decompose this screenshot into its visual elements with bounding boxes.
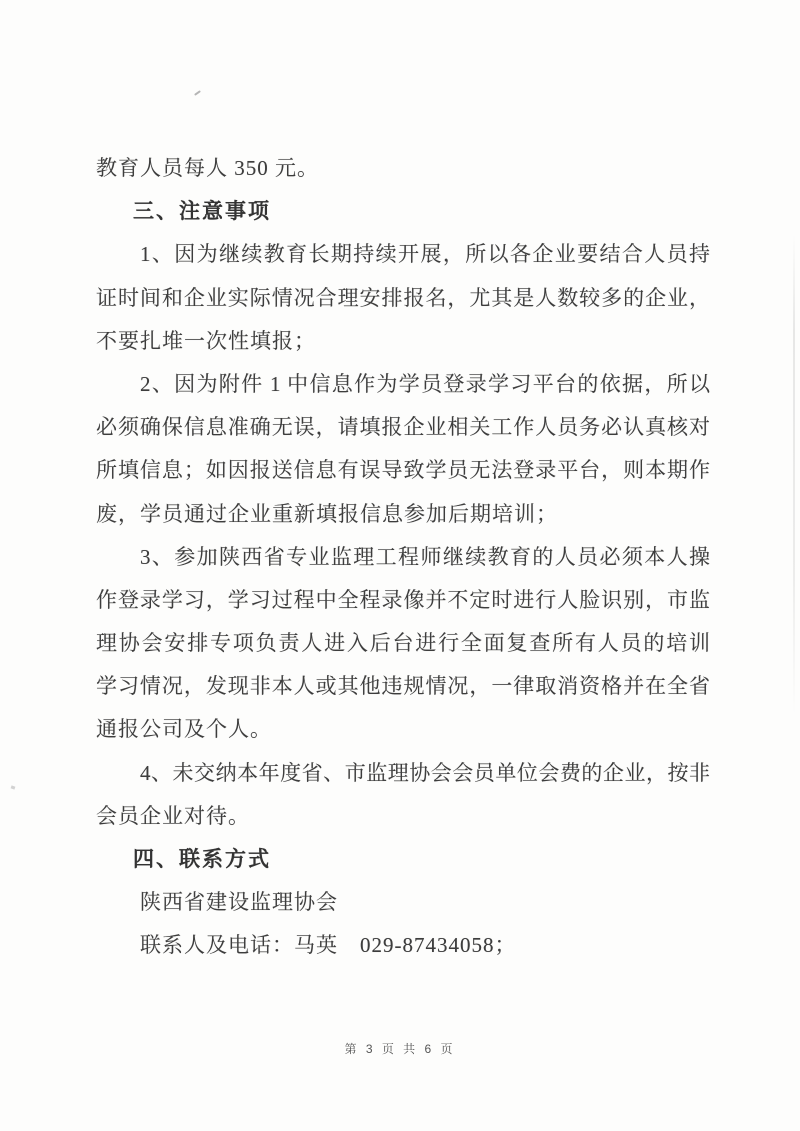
text-line: 所填信息；如因报送信息有误导致学员无法登录平台，则本期作 [96, 449, 710, 492]
text-line: 1、因为继续教育长期持续开展，所以各企业要结合人员持 [96, 233, 710, 276]
section-heading: 三、注意事项 [96, 190, 710, 233]
text-line: 证时间和企业实际情况合理安排报名，尤其是人数较多的企业， [96, 277, 710, 320]
text-line: 学习情况，发现非本人或其他违规情况，一律取消资格并在全省 [96, 665, 710, 708]
scan-artifact-streak [793, 235, 795, 715]
text-line: 2、因为附件 1 中信息作为学员登录学习平台的依据，所以 [96, 363, 710, 406]
text-line: 废，学员通过企业重新填报信息参加后期培训； [96, 493, 710, 536]
page-number: 第 3 页 共 6 页 [0, 1040, 800, 1057]
text-line: 作登录学习，学习过程中全程录像并不定时进行人脸识别，市监 [96, 579, 710, 622]
text-line: 会员企业对待。 [96, 795, 710, 838]
section-heading: 四、联系方式 [96, 838, 710, 881]
scan-speck [194, 90, 201, 96]
text-lines: 教育人员每人 350 元。三、注意事项1、因为继续教育长期持续开展，所以各企业要… [96, 147, 710, 968]
scanned-document-page: 教育人员每人 350 元。三、注意事项1、因为继续教育长期持续开展，所以各企业要… [0, 0, 800, 1131]
text-line: 理协会安排专项负责人进入后台进行全面复查所有人员的培训 [96, 622, 710, 665]
text-line: 通报公司及个人。 [96, 708, 710, 751]
text-line: 必须确保信息准确无误，请填报企业相关工作人员务必认真核对 [96, 406, 710, 449]
text-line: 教育人员每人 350 元。 [96, 147, 710, 190]
scan-speck [11, 785, 16, 789]
text-line: 陕西省建设监理协会 [96, 881, 710, 924]
text-line: 不要扎堆一次性填报； [96, 320, 710, 363]
text-line: 4、未交纳本年度省、市监理协会会员单位会费的企业，按非 [96, 752, 710, 795]
text-line: 联系人及电话：马英 029-87434058； [96, 924, 710, 967]
text-line: 3、参加陕西省专业监理工程师继续教育的人员必须本人操 [96, 536, 710, 579]
